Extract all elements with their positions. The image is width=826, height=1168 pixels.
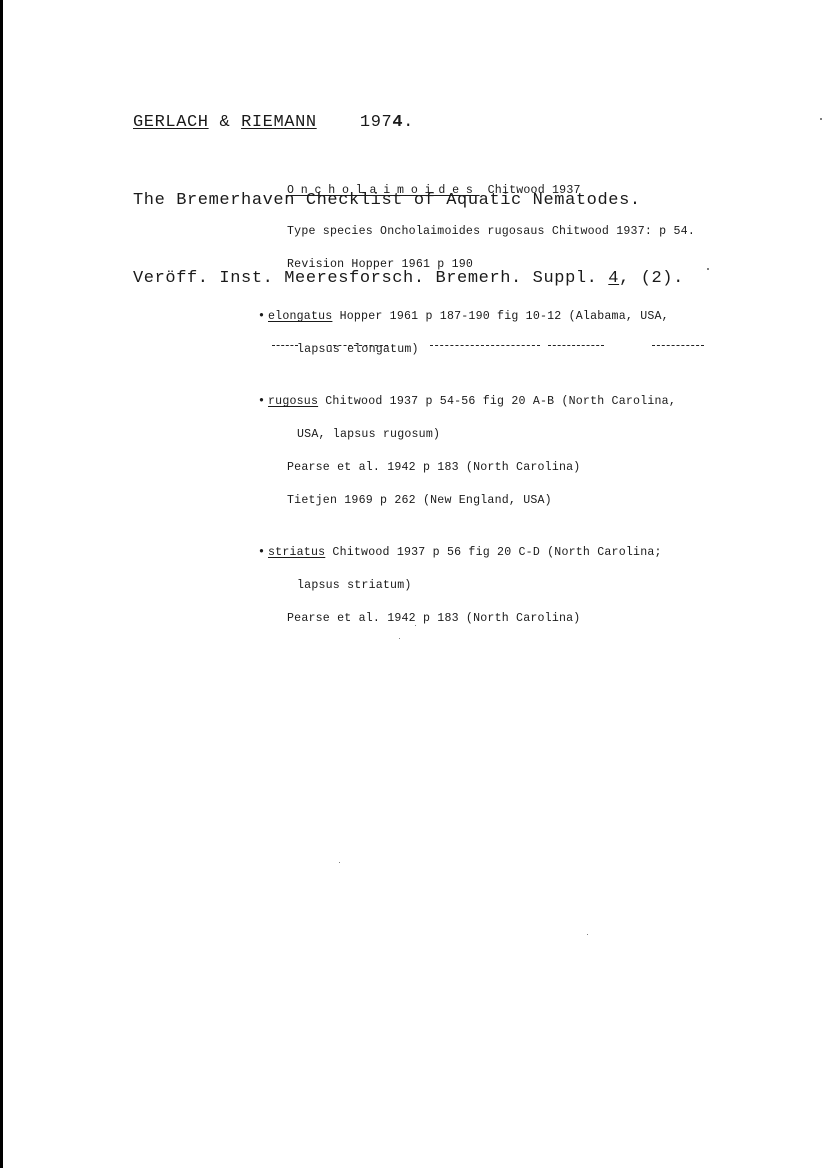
species-continuation: lapsus striatum) [297, 580, 695, 591]
bullet-icon: • [258, 396, 268, 407]
cutoff-rule-segment [548, 345, 604, 347]
genus-author: Chitwood 1937 [488, 184, 581, 197]
species-name: elongatus [268, 310, 332, 323]
cutoff-rule-segment [272, 345, 298, 347]
genus-name: Oncholaimoides [287, 184, 480, 197]
species-entry: •striatus Chitwood 1937 p 56 fig 20 C-D … [258, 547, 695, 558]
species-entry: •rugosus Chitwood 1937 p 54-56 fig 20 A-… [258, 396, 695, 407]
authors-year-line: GERLACH & RIEMANN 1974. [133, 110, 684, 136]
genus-heading: OncholaimoidesChitwood 1937 [287, 185, 695, 196]
species-entry: •elongatus Hopper 1961 p 187-190 fig 10-… [258, 311, 695, 322]
cutoff-rule-segment [430, 345, 540, 347]
species-citation: Hopper 1961 p 187-190 fig 10-12 (Alabama… [332, 310, 668, 323]
species-citation: Chitwood 1937 p 54-56 fig 20 A-B (North … [318, 395, 676, 408]
type-species: Type species Oncholaimoides rugosaus Chi… [287, 226, 695, 237]
species-citation: Chitwood 1937 p 56 fig 20 C-D (North Car… [325, 546, 661, 559]
scan-speck [707, 268, 709, 270]
scan-speck [587, 934, 588, 935]
year-corrected-digit: 4 [392, 113, 403, 132]
scan-speck [339, 862, 340, 863]
cutoff-rule-segment [328, 345, 388, 347]
scan-speck [415, 625, 416, 626]
species-continuation: USA, lapsus rugosum) [297, 429, 695, 440]
cutoff-rule-segment [652, 345, 704, 347]
bullet-icon: • [258, 547, 268, 558]
year-prefix: 197 [360, 113, 392, 132]
scan-left-border [0, 0, 3, 1168]
year-suffix: . [403, 113, 414, 132]
species-reference: Tietjen 1969 p 262 (New England, USA) [287, 495, 695, 506]
species-name: rugosus [268, 395, 318, 408]
author-2: RIEMANN [241, 113, 317, 132]
species-reference: Pearse et al. 1942 p 183 (North Carolina… [287, 613, 695, 624]
genus-entry-block: OncholaimoidesChitwood 1937 Type species… [258, 163, 695, 635]
bullet-icon: • [258, 311, 268, 322]
species-name: striatus [268, 546, 325, 559]
author-ampersand: & [219, 113, 230, 132]
genus-revision: Revision Hopper 1961 p 190 [287, 259, 695, 270]
scan-speck [820, 118, 822, 120]
author-1: GERLACH [133, 113, 209, 132]
species-reference: Pearse et al. 1942 p 183 (North Carolina… [287, 462, 695, 473]
scan-speck [399, 638, 400, 639]
